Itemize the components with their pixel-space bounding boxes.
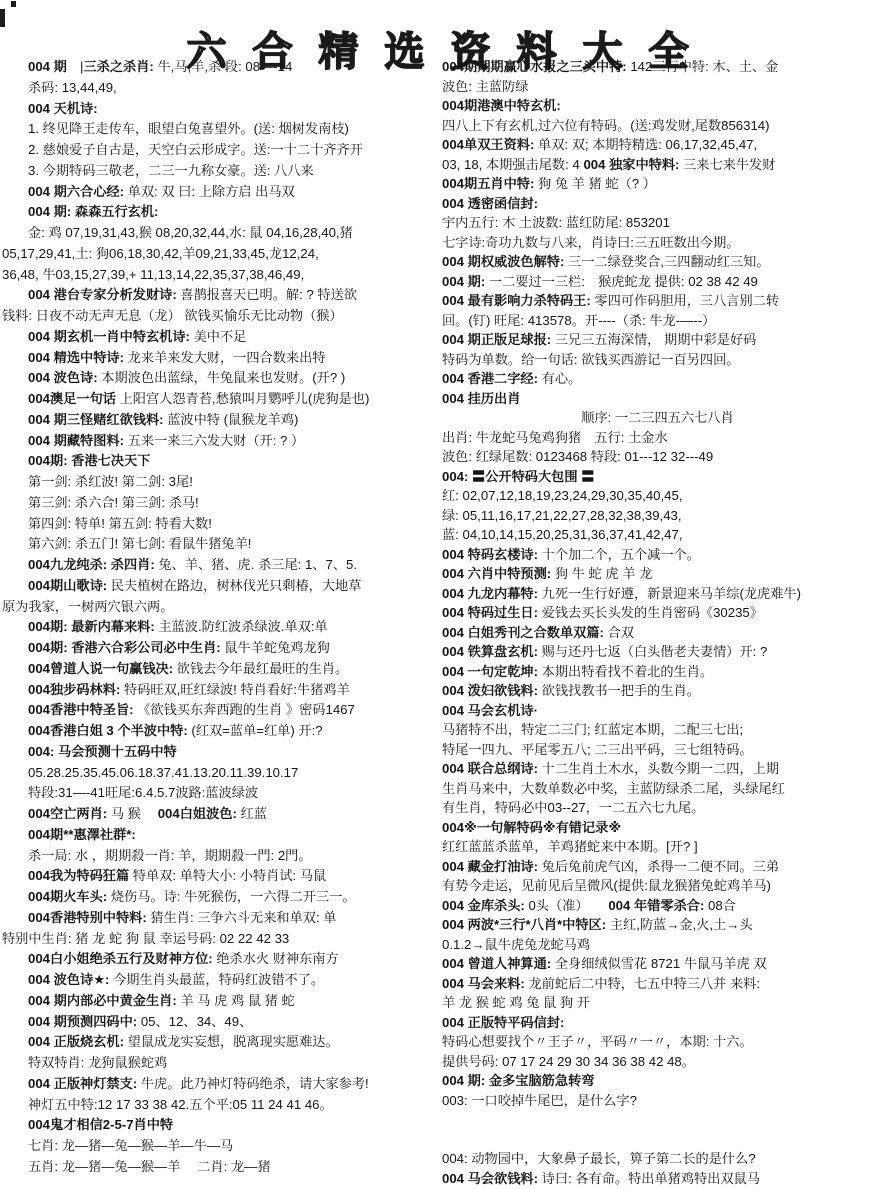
text-line: 004九龙纯杀: 杀四肖: 兔、羊、猪、虎. 杀三尾: 1、7、5. <box>28 555 433 576</box>
text-segment: 一二要过一三栏: 猴虎蛇龙 提供: 02 38 42 49 <box>485 274 758 289</box>
text-segment: 004 独家中特料: <box>583 157 679 172</box>
text-line: 波色: 主蓝防绿 <box>442 77 873 97</box>
text-segment: 004 香港二字经: <box>442 371 538 386</box>
text-segment: 特码心想要找个〃王子〃，平码〃一〃，本期: 十六。 <box>442 1034 753 1049</box>
text-line: 004 期: 森森五行玄机: <box>28 202 433 223</box>
text-segment: 特单双: 单特大小: 小特肖试: 马鼠 <box>129 868 326 883</box>
text-line: 004 马会来料: 龙前蛇后二中特，七五中特三八并 来料: <box>442 974 873 994</box>
text-segment: 004期: 香港七决天下 <box>28 453 150 468</box>
text-segment: 3. 今期特码三敬老，二三一九称女豪。送: 八八来 <box>28 163 314 178</box>
text-line: 004 正版神灯禁支: 牛虎。此乃神灯特码绝杀，请大家参考! <box>28 1074 433 1095</box>
text-segment: 零四可作码胆用，三八言别二转 <box>591 293 779 308</box>
text-segment: 004 正版烧玄机: <box>28 1034 124 1049</box>
text-segment: 003: 一口咬掉牛尾巴，是什么字? <box>442 1093 637 1108</box>
text-segment: 004独步码林料: <box>28 682 120 697</box>
text-line: 36,48, 牛03,15,27,39,+ 11,13,14,22,35,37,… <box>2 265 433 286</box>
text-segment: 004香港白姐 3 个半波中特: <box>28 723 188 738</box>
text-line: 004 精选中特诗: 龙来羊来发大财，一四合数来出特 <box>28 348 433 369</box>
blank-line <box>442 1110 873 1130</box>
text-line: 004 藏金打油诗: 兔后兔前虎气凶，杀得一二便不同。三弟 <box>442 857 873 877</box>
text-segment: 004 九龙内幕特: <box>442 586 538 601</box>
text-segment: 004 两波*三行*八肖*中特区: <box>442 917 606 932</box>
text-line: 004我为特码狂篇 特单双: 单特大小: 小特肖试: 马鼠 <box>28 866 433 887</box>
text-segment: 08合 <box>704 898 736 913</box>
text-segment: 四八上下有玄机,过六位有特码。(送:鸡发财,尾数856314) <box>442 118 770 133</box>
text-segment: 004: 〓公开特码大包围 〓 <box>442 469 594 484</box>
text-segment: 004白小姐绝杀五行及财神方位: <box>28 951 213 966</box>
text-segment: 特段:31—-41旺尾:6.4.5.7波路:蓝波绿波 <box>28 785 258 800</box>
text-line: 第三剑: 杀六合! 第三剑: 杀马! <box>28 493 433 514</box>
text-line: 004香港特别中特料: 猜生肖: 三争六斗无来和单双: 单 <box>28 908 433 929</box>
text-segment: | <box>67 59 84 74</box>
text-segment: 004 藏金打油诗: <box>442 859 538 874</box>
text-line: 七肖: 龙—猪—兔—猴—羊—牛—马 <box>28 1136 433 1157</box>
text-segment: 004 期正版足球报: <box>442 332 551 347</box>
text-line: 004 期正版足球报: 三兄三五海深情， 期期中彩是好码 <box>442 330 873 350</box>
text-segment: 142三行中特: 木、土、金 <box>627 59 779 74</box>
text-line: 004: 马会预测十五码中特 <box>28 742 433 763</box>
text-segment: 004九龙纯杀: 杀四肖: <box>28 557 155 572</box>
text-line: 特码为单数。给一句话: 欲钱买西游记一百另四回。 <box>442 350 873 370</box>
text-segment: 杀码: 13,44,49, <box>28 80 117 95</box>
text-segment: 004 挂历出肖 <box>442 391 520 406</box>
text-segment: 004 正版特平码信封: <box>442 1015 564 1030</box>
text-segment: 0.1.2→鼠牛虎兔龙蛇马鸡 <box>442 937 590 952</box>
text-segment: 004 期权威波色解特: <box>442 254 564 269</box>
text-line: 004白小姐绝杀五行及财神方位: 绝杀水火 财神东南方 <box>28 949 433 970</box>
text-line: 004 曾道人神算通: 全身细绒似雪花 8721 牛鼠马羊虎 双 <box>442 954 873 974</box>
text-line: 杀一局: 水 ，期期殺一肖: 羊，期期殺一門: 2門。 <box>28 846 433 867</box>
text-line: 004 白姐秀刊之合数单双篇: 合双 <box>442 623 873 643</box>
text-line: 004: 动物园中，大象鼻子最长，箅子第二长的是什么? <box>442 1149 873 1169</box>
left-column: 004 期 |三杀之杀肖: 牛,马,羊,杀 段: 08—-14杀码: 13,44… <box>0 57 437 1188</box>
text-segment: 004 泼妇欲钱料: <box>442 683 538 698</box>
text-segment: 05、12、34、49、 <box>137 1014 252 1029</box>
text-segment: 004 精选中特诗: <box>28 350 124 365</box>
text-segment: 九死一生行好遵，新景迎来马羊综(龙虎难牛) <box>538 586 801 601</box>
text-segment: 羊 马 虎 鸡 鼠 猪 蛇 <box>177 993 295 1008</box>
text-segment: 004香港中特圣旨: <box>28 702 134 717</box>
text-segment: 蓝: 04,10,14,15,20,25,31,36,37,41,42,47, <box>442 527 683 542</box>
text-segment: 004 透密函信封: <box>442 196 538 211</box>
text-line: 004 九龙内幕特: 九死一生行好遵，新景迎来马羊综(龙虎难牛) <box>442 584 873 604</box>
text-line: 马猪特不出，特定二三门; 红蓝定本期，二配三七出; <box>442 720 873 740</box>
text-line: 第六剑: 杀五门! 第七剑: 看鼠牛猪兔羊! <box>28 534 433 555</box>
text-segment: 2. 慈娘爱子自古是，天空白云形成字。送:一十二十齐齐开 <box>28 142 363 157</box>
text-segment: 狗 牛 蛇 虎 羊 龙 <box>551 566 652 581</box>
text-segment: 004期山歌诗: <box>28 578 107 593</box>
text-segment: 第六剑: 杀五门! 第七剑: 看鼠牛猪兔羊! <box>28 536 251 551</box>
text-line: 004 泼妇欲钱料: 欲钱找教书一把手的生肖。 <box>442 681 873 701</box>
text-segment: 004 马会来料: <box>442 976 525 991</box>
text-segment: 金: 鸡 07,19,31,43,猴 08,20,32,44,水: 鼠 04,1… <box>28 225 353 240</box>
text-line: 003: 一口咬掉牛尾巴，是什么字? <box>442 1091 873 1111</box>
text-line: 钱料: 日夜不动无声无息（龙） 欲钱买愉乐无比动物（猴） <box>2 306 433 327</box>
text-segment: 004 特码玄楼诗: <box>442 547 538 562</box>
text-line: 004期: 香港六合彩公司必中生肖: 鼠牛羊蛇兔鸡龙狗 <box>28 638 433 659</box>
text-line: 004 香港二字经: 有心。 <box>442 369 873 389</box>
text-segment: 十二生肖土木水，头数今期一二四，上期 <box>538 761 779 776</box>
text-line: 004鬼才相信2-5-7肖中特 <box>28 1115 433 1136</box>
text-segment: 绿: 05,11,16,17,21,22,27,28,32,38,39,43, <box>442 508 682 523</box>
text-segment: 单双: 双; 本期特精选: 06,17,32,45,47, <box>534 137 757 152</box>
text-segment: 有势今走运，见前见后呈微风(提供:鼠龙猴猪兔蛇鸡羊马) <box>442 878 771 893</box>
text-segment: 本期波色出蓝绿，牛兔鼠来也发财。(开? ) <box>98 370 346 385</box>
text-line: 2. 慈娘爱子自古是，天空白云形成字。送:一十二十齐齐开 <box>28 140 433 161</box>
text-line: 004 期六合心经: 单双: 双 曰: 上除方启 出马双 <box>28 182 433 203</box>
text-segment: 004香港特别中特料: <box>28 910 147 925</box>
text-segment: 004期: 最新内幕来料: <box>28 619 155 634</box>
text-line: 004 期 |三杀之杀肖: 牛,马,羊,杀 段: 08—-14 <box>28 57 433 78</box>
text-line: 03, 18, 本期强击尾数: 4 004 独家中特料: 三来七来牛发财 <box>442 155 873 175</box>
text-line: 0.1.2→鼠牛虎兔龙蛇马鸡 <box>442 935 873 955</box>
text-segment: 004 期预测四码中: <box>28 1014 137 1029</box>
text-segment: 05.28.25.35.45.06.18.37.41.13.20.11.39.1… <box>28 765 298 780</box>
text-segment: 喜鹊报喜天已明。解: ? 特送欲 <box>177 287 357 302</box>
text-segment: 特码为单数。给一句话: 欲钱买西游记一百另四回。 <box>442 352 739 367</box>
text-line: 1. 终见降王走传车，眼望白兔喜望外。(送: 烟树发南枝) <box>28 119 433 140</box>
text-segment: 马猪特不出，特定二三门; 红蓝定本期，二配三七出; <box>442 722 743 737</box>
text-line: 004 期藏特图料: 五来一来三六发大财（开: ? ） <box>28 431 433 452</box>
text-segment: 特别中生肖: 猪 龙 蛇 狗 鼠 幸运号码: 02 22 42 33 <box>2 931 289 946</box>
text-segment: 004 期: <box>442 274 485 289</box>
text-segment: 红蓝 <box>237 806 267 821</box>
text-line: 004 正版烧玄机: 望鼠成龙实妄想，脱离现实愿难达。 <box>28 1032 433 1053</box>
text-segment: 狗 兔 羊 猪 蛇（? ） <box>534 176 656 191</box>
text-segment: 特码旺双,旺红绿波! 特肖看好:牛猪鸡羊 <box>120 682 349 697</box>
text-line: 004期五肖中特: 狗 兔 羊 猪 蛇（? ） <box>442 174 873 194</box>
text-segment: 神灯五中特:12 17 33 38 42.五个平:05 11 24 41 46。 <box>28 1097 333 1112</box>
text-segment: 004期: 香港六合彩公司必中生肖: <box>28 640 221 655</box>
text-segment: 牛虎。此乃神灯特码绝杀，请大家参考! <box>137 1076 369 1091</box>
text-line: 004 金库杀头: 0头（准） 004 年错零杀合: 08合 <box>442 896 873 916</box>
text-segment: 004 期内部必中黄金生肖: <box>28 993 177 1008</box>
text-segment: 顺序: 一二三四五六七八肖 <box>581 410 733 425</box>
text-segment: 有心。 <box>538 371 581 386</box>
text-segment: 望鼠成龙实妄想，脱离现实愿难达。 <box>124 1034 339 1049</box>
text-line: 特段:31—-41旺尾:6.4.5.7波路:蓝波绿波 <box>28 783 433 804</box>
text-segment: 三来七来牛发财 <box>679 157 775 172</box>
text-line: 第一剑: 杀红波! 第二剑: 3尾! <box>28 472 433 493</box>
text-line: 有生肖，特码必中03--27，一二五六七九尾。 <box>442 798 873 818</box>
text-line: 004 港台专家分析发财诗: 喜鹊报喜天已明。解: ? 特送欲 <box>28 285 433 306</box>
text-segment: 爱钱去买长头发的生肖密码《30235》 <box>538 605 763 620</box>
text-segment: 004 六肖中特预测: <box>442 566 551 581</box>
text-segment: 波色: 主蓝防绿 <box>442 79 528 94</box>
text-line: 004曾道人说一句赢钱决: 欲钱去今年最红最旺的生肖。 <box>28 659 433 680</box>
text-line: 四八上下有玄机,过六位有特码。(送:鸡发财,尾数856314) <box>442 116 873 136</box>
text-segment: 004期港澳中特玄机: <box>442 98 561 113</box>
text-line: 出肖: 牛龙蛇马兔鸡狗猪 五行: 土金水 <box>442 428 873 448</box>
text-line: 004: 〓公开特码大包围 〓 <box>442 467 873 487</box>
text-segment: 绝杀水火 财神东南方 <box>213 951 339 966</box>
text-segment: 马 猴 <box>107 806 158 821</box>
text-segment: 004 期: 金多宝脑筋急转弯 <box>442 1073 594 1088</box>
text-line: 004 期三怪赌红欲钱料: 蓝波中特 (鼠猴龙羊鸡) <box>28 410 433 431</box>
text-segment: 004 年错零杀合: <box>608 898 704 913</box>
text-line: 有势今走运，见前见后呈微风(提供:鼠龙猴猪兔蛇鸡羊马) <box>442 876 873 896</box>
text-segment: 美中不足 <box>190 329 246 344</box>
text-line: 生肖马来中，大数单数必中奖，主蓝防绿杀二尾，头绿尾红 <box>442 779 873 799</box>
text-line: 004 期预测四码中: 05、12、34、49、 <box>28 1012 433 1033</box>
text-line: 第四剑: 特单! 第五剑: 特看大数! <box>28 514 433 535</box>
text-segment: 龙前蛇后二中特，七五中特三八并 来料: <box>525 976 760 991</box>
scan-artifact <box>11 1 16 7</box>
text-segment: 004 天机诗: <box>28 101 98 116</box>
text-line: 004 期内部必中黄金生肖: 羊 马 虎 鸡 鼠 猪 蛇 <box>28 991 433 1012</box>
text-segment: 004 曾道人神算通: <box>442 956 551 971</box>
text-line: 004期**惠澤社群*: <box>28 825 433 846</box>
text-line: 004期火车头: 烧伤马。诗: 牛死猴伤，一六得二开三一。 <box>28 887 433 908</box>
text-segment: 004澳足一句话 <box>28 391 116 406</box>
text-line: 004澳足一句话 上阳宫人怨青苔,愁猿叫月鹦呼儿(虎狗是也) <box>28 389 433 410</box>
text-segment: 004: 动物园中，大象鼻子最长，箅子第二长的是什么? <box>442 1151 756 1166</box>
text-line: 004 波色诗★: 今期生肖头最蓝，特码红波错不了。 <box>28 970 433 991</box>
text-segment: 004单双王资料: <box>442 137 534 152</box>
text-line: 金: 鸡 07,19,31,43,猴 08,20,32,44,水: 鼠 04,1… <box>28 223 433 244</box>
text-line: 特别中生肖: 猪 龙 蛇 狗 鼠 幸运号码: 02 22 42 33 <box>2 929 433 950</box>
text-segment: 回。(钉) 旺尾: 413578。开----（杀: 牛龙-—--） <box>442 313 715 328</box>
text-segment: 004 期六合心经: <box>28 184 124 199</box>
tip-sheet-page: 六合精选资料大全 004 期 |三杀之杀肖: 牛,马,羊,杀 段: 08—-14… <box>0 0 875 1189</box>
text-segment: 主蓝波.防红波杀绿波.单双:单 <box>155 619 328 634</box>
text-line: 红: 02,07,12,18,19,23,24,29,30,35,40,45, <box>442 486 873 506</box>
text-segment: 诗曰: 各有命。特出单猪鸡特出双鼠马 <box>538 1171 760 1186</box>
text-segment: 004期火车头: <box>28 889 107 904</box>
text-line: 004期: 最新内幕来料: 主蓝波.防红波杀绿波.单双:单 <box>28 617 433 638</box>
text-segment: 004 联合总纲诗: <box>442 761 538 776</box>
text-segment: 鼠牛羊蛇兔鸡龙狗 <box>221 640 330 655</box>
text-segment: 03, 18, 本期强击尾数: 4 <box>442 157 583 172</box>
text-segment: 004 期三怪赌红欲钱料: <box>28 412 164 427</box>
text-segment: 004 期藏特图料: <box>28 433 124 448</box>
text-segment: 赐与还丹七返（白头偕老夫妻情）开: ? <box>538 644 767 659</box>
text-segment: 1. 终见降王走传车，眼望白兔喜望外。(送: 烟树发南枝) <box>28 121 349 136</box>
text-segment: 原为我家，一树两穴银六两。 <box>2 599 173 614</box>
text-segment: 杀一局: 水 ，期期殺一肖: 羊，期期殺一門: 2門。 <box>28 848 312 863</box>
text-line: 五肖: 龙—猪—兔—猴—羊 二肖: 龙—猪 <box>28 1157 433 1178</box>
text-segment: 004空亡两肖: <box>28 806 107 821</box>
text-segment: 004鬼才相信2-5-7肖中特 <box>28 1117 173 1132</box>
text-line: 波色: 红绿尾数: 0123468 特段: 01---12 32---49 <box>442 447 873 467</box>
text-segment: 猜生肖: 三争六斗无来和单双: 单 <box>147 910 337 925</box>
text-line: 原为我家，一树两穴银六两。 <box>2 597 433 618</box>
text-line: 004 期权威波色解特: 三一二绿登奖合,三四翻动红三知。 <box>442 252 873 272</box>
text-line: 提供号码: 07 17 24 29 30 34 36 38 42 48。 <box>442 1052 873 1072</box>
text-segment: 欲钱去今年最红最旺的生肖。 <box>173 661 348 676</box>
text-segment: 十个加二个，五个减一个。 <box>538 547 700 562</box>
text-line: 004香港中特圣旨: 《欲钱买东奔西跑的生肖 》密码1467 <box>28 700 433 721</box>
text-line: 004 两波*三行*八肖*中特区: 主红,防蓝→金,火,土→头 <box>442 915 873 935</box>
text-segment: 004 最有影响力杀特码王: <box>442 293 591 308</box>
text-segment: 004期**惠澤社群*: <box>28 827 136 842</box>
text-line: 05.28.25.35.45.06.18.37.41.13.20.11.39.1… <box>28 763 433 784</box>
text-line: 七字诗:奇功九数与八来，肖诗曰:三五旺数出今期。 <box>442 233 873 253</box>
text-segment: 羊 龙 猴 蛇 鸡 兔 鼠 狗 开 <box>442 995 590 1010</box>
text-segment: 004 港台专家分析发财诗: <box>28 287 177 302</box>
two-column-body: 004 期 |三杀之杀肖: 牛,马,羊,杀 段: 08—-14杀码: 13,44… <box>0 57 875 1188</box>
text-segment: 004※一句解特码※有错记录※ <box>442 820 621 835</box>
text-line: 004 马会欲钱料: 诗曰: 各有命。特出单猪鸡特出双鼠马 <box>442 1169 873 1189</box>
text-segment: 红: 02,07,12,18,19,23,24,29,30,35,40,45, <box>442 488 683 503</box>
text-segment: 第四剑: 特单! 第五剑: 特看大数! <box>28 516 212 531</box>
text-segment: 单双: 双 曰: 上除方启 出马双 <box>124 184 295 199</box>
text-line: 004 特码过生日: 爱钱去买长头发的生肖密码《30235》 <box>442 603 873 623</box>
text-line: 回。(钉) 旺尾: 413578。开----（杀: 牛龙-—--） <box>442 311 873 331</box>
text-segment: 三杀之杀肖: <box>83 59 153 74</box>
text-segment: 004 铁算盘玄机: <box>442 644 538 659</box>
text-segment: 红红蓝蓝杀蓝单，羊鸡猪蛇来中本期。[开? ] <box>442 839 698 854</box>
text-line: 004期港澳中特玄机: <box>442 96 873 116</box>
text-segment: 蓝波中特 (鼠猴龙羊鸡) <box>164 412 299 427</box>
text-segment: 004 期: 森森五行玄机: <box>28 204 158 219</box>
text-line: 顺序: 一二三四五六七八肖 <box>442 408 873 428</box>
text-segment: 05,17,29,41,土: 狗06,18,30,42,羊09,21,33,45… <box>2 246 319 261</box>
text-segment: 第一剑: 杀红波! 第二剑: 3尾! <box>28 474 193 489</box>
text-segment: 0头（准） <box>525 898 609 913</box>
text-segment: 出肖: 牛龙蛇马兔鸡狗猪 五行: 土金水 <box>442 430 668 445</box>
text-segment: 004 马会玄机诗· <box>442 703 538 718</box>
text-line: 羊 龙 猴 蛇 鸡 兔 鼠 狗 开 <box>442 993 873 1013</box>
text-segment: 七肖: 龙—猪—兔—猴—羊—牛—马 <box>28 1138 233 1153</box>
text-segment: 004 一句定乾坤: <box>442 664 538 679</box>
text-segment: 004 期 <box>28 59 67 74</box>
text-segment: 36,48, 牛03,15,27,39,+ 11,13,14,22,35,37,… <box>2 267 304 282</box>
text-segment: 004 白姐秀刊之合数单双篇: <box>442 625 604 640</box>
text-line: 宇内五行: 木 土波数: 蓝红防尾: 853201 <box>442 213 873 233</box>
text-segment: 全身细绒似雪花 8721 牛鼠马羊虎 双 <box>551 956 766 971</box>
text-line: 绿: 05,11,16,17,21,22,27,28,32,38,39,43, <box>442 506 873 526</box>
text-line: 004空亡两肖: 马 猴 004白姐波色: 红蓝 <box>28 804 433 825</box>
text-segment: 三兄三五海深情， 期期中彩是好码 <box>551 332 756 347</box>
text-line: 004 联合总纲诗: 十二生肖土木水，头数今期一二四，上期 <box>442 759 873 779</box>
text-line: 蓝: 04,10,14,15,20,25,31,36,37,41,42,47, <box>442 525 873 545</box>
right-column: 004期期期赢心水报之三头中特: 142三行中特: 木、土、金波色: 主蓝防绿0… <box>437 57 875 1188</box>
text-line: 杀码: 13,44,49, <box>28 78 433 99</box>
text-segment: 004 波色诗★: <box>28 972 109 987</box>
text-line: 004 天机诗: <box>28 99 433 120</box>
text-line: 004单双王资料: 单双: 双; 本期特精选: 06,17,32,45,47, <box>442 135 873 155</box>
text-segment: 004 马会欲钱料: <box>442 1171 538 1186</box>
text-line: 004 一句定乾坤: 本期出特看找不着北的生肖。 <box>442 662 873 682</box>
text-segment: 兔、羊、猪、虎. 杀三尾: 1、7、5. <box>155 557 357 572</box>
text-line: 特码心想要找个〃王子〃，平码〃一〃，本期: 十六。 <box>442 1032 873 1052</box>
text-segment: 欲钱找教书一把手的生肖。 <box>538 683 700 698</box>
text-segment: 钱料: 日夜不动无声无息（龙） 欲钱买愉乐无比动物（猴） <box>2 308 343 323</box>
text-segment: 生肖马来中，大数单数必中奖，主蓝防绿杀二尾，头绿尾红 <box>442 781 785 796</box>
text-line: 004 铁算盘玄机: 赐与还丹七返（白头偕老夫妻情）开: ? <box>442 642 873 662</box>
text-line: 特双特肖: 龙狗鼠猴蛇鸡 <box>28 1053 433 1074</box>
text-line: 004独步码林料: 特码旺双,旺红绿波! 特肖看好:牛猪鸡羊 <box>28 680 433 701</box>
text-line: 004 六肖中特预测: 狗 牛 蛇 虎 羊 龙 <box>442 564 873 584</box>
text-line: 004 特码玄楼诗: 十个加二个，五个减一个。 <box>442 545 873 565</box>
text-line: 004期山歌诗: 民夫植树在路边，树林伐光只剩椿，大地草 <box>28 576 433 597</box>
text-line: 004※一句解特码※有错记录※ <box>442 818 873 838</box>
text-line: 红红蓝蓝杀蓝单，羊鸡猪蛇来中本期。[开? ] <box>442 837 873 857</box>
text-segment: 第三剑: 杀六合! 第三剑: 杀马! <box>28 495 199 510</box>
text-line: 004 马会玄机诗· <box>442 701 873 721</box>
text-segment: 上阳宫人怨青苔,愁猿叫月鹦呼儿(虎狗是也) <box>116 391 369 406</box>
text-line: 004 期玄机一肖中特玄机诗: 美中不足 <box>28 327 433 348</box>
text-segment: 合双 <box>604 625 634 640</box>
text-segment: 004 金库杀头: <box>442 898 525 913</box>
text-segment: 主红,防蓝→金,火,土→头 <box>606 917 753 932</box>
text-segment: 今期生肖头最蓝，特码红波错不了。 <box>109 972 324 987</box>
text-segment: 004 期玄机一肖中特玄机诗: <box>28 329 190 344</box>
text-line: 004 挂历出肖 <box>442 389 873 409</box>
text-segment: 波色: 红绿尾数: 0123468 特段: 01---12 32---49 <box>442 449 713 464</box>
text-segment: 004 特码过生日: <box>442 605 538 620</box>
text-segment: 七字诗:奇功九数与八来，肖诗曰:三五旺数出今期。 <box>442 235 739 250</box>
text-segment: 特双特肖: 龙狗鼠猴蛇鸡 <box>28 1055 167 1070</box>
text-segment: 004曾道人说一句赢钱决: <box>28 661 173 676</box>
text-segment: 特尾一四九、平尾零五八; 二三出平码，三七组特码。 <box>442 742 753 757</box>
text-line: 3. 今期特码三敬老，二三一九称女豪。送: 八八来 <box>28 161 433 182</box>
text-line: 004 最有影响力杀特码王: 零四可作码胆用，三八言别二转 <box>442 291 873 311</box>
text-line: 004期期期赢心水报之三头中特: 142三行中特: 木、土、金 <box>442 57 873 77</box>
text-segment: 提供号码: 07 17 24 29 30 34 36 38 42 48。 <box>442 1054 695 1069</box>
text-segment: 004期五肖中特: <box>442 176 534 191</box>
text-segment: 004 波色诗: <box>28 370 98 385</box>
text-line: 004 透密函信封: <box>442 194 873 214</box>
text-segment: 民夫植树在路边，树林伐光只剩椿，大地草 <box>107 578 361 593</box>
text-segment: 004 正版神灯禁支: <box>28 1076 137 1091</box>
text-line: 004 期: 金多宝脑筋急转弯 <box>442 1071 873 1091</box>
text-line: 004期: 香港七决天下 <box>28 451 433 472</box>
text-line: 004 期: 一二要过一三栏: 猴虎蛇龙 提供: 02 38 42 49 <box>442 272 873 292</box>
text-segment: 《欲钱买东奔西跑的生肖 》密码1467 <box>134 702 355 717</box>
text-segment: 三一二绿登奖合,三四翻动红三知。 <box>564 254 769 269</box>
text-line: 004 波色诗: 本期波色出蓝绿，牛兔鼠来也发财。(开? ) <box>28 368 433 389</box>
text-segment: 004白姐波色: <box>158 806 237 821</box>
text-segment: 兔后兔前虎气凶，杀得一二便不同。三弟 <box>538 859 779 874</box>
text-segment: 004: 马会预测十五码中特 <box>28 744 177 759</box>
text-line: 特尾一四九、平尾零五八; 二三出平码，三七组特码。 <box>442 740 873 760</box>
text-line: 神灯五中特:12 17 33 38 42.五个平:05 11 24 41 46。 <box>28 1095 433 1116</box>
text-segment: (红双=蓝单=红单) 开:? <box>188 723 323 738</box>
text-segment: 五肖: 龙—猪—兔—猴—羊 二肖: 龙—猪 <box>28 1159 271 1174</box>
text-segment: 004我为特码狂篇 <box>28 868 129 883</box>
blank-line <box>442 1130 873 1150</box>
text-segment: 004期期期赢心水报之三头中特: <box>442 59 627 74</box>
text-segment: 五来一来三六发大财（开: ? ） <box>124 433 304 448</box>
text-segment: 宇内五行: 木 土波数: 蓝红防尾: 853201 <box>442 215 670 230</box>
text-segment: 本期出特看找不着北的生肖。 <box>538 664 713 679</box>
text-line: 004 正版特平码信封: <box>442 1013 873 1033</box>
text-segment: 有生肖，特码必中03--27，一二五六七九尾。 <box>442 800 704 815</box>
text-segment: 龙来羊来发大财，一四合数来出特 <box>124 350 325 365</box>
text-segment: 牛,马,羊,杀 段: 08—-14 <box>154 59 293 74</box>
text-line: 05,17,29,41,土: 狗06,18,30,42,羊09,21,33,45… <box>2 244 433 265</box>
text-segment: 烧伤马。诗: 牛死猴伤，一六得二开三一。 <box>107 889 355 904</box>
text-line: 004香港白姐 3 个半波中特: (红双=蓝单=红单) 开:? <box>28 721 433 742</box>
